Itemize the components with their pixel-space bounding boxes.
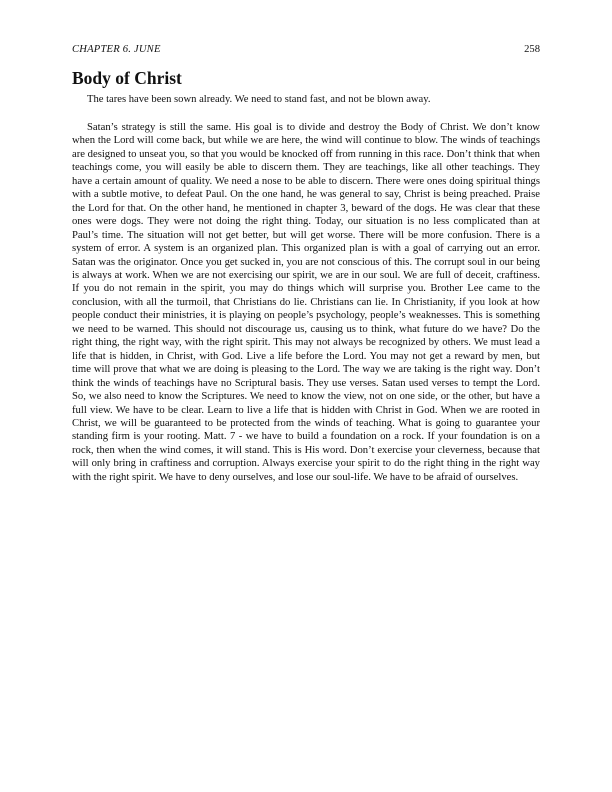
epigraph: The tares have been sown already. We nee… (87, 94, 547, 105)
body-paragraph: Satan’s strategy is still the same. His … (72, 121, 540, 484)
running-header: CHAPTER 6. JUNE 258 (72, 44, 540, 58)
chapter-label: CHAPTER 6. JUNE (72, 44, 161, 55)
page-number: 258 (524, 44, 540, 55)
section-title: Body of Christ (72, 68, 182, 89)
